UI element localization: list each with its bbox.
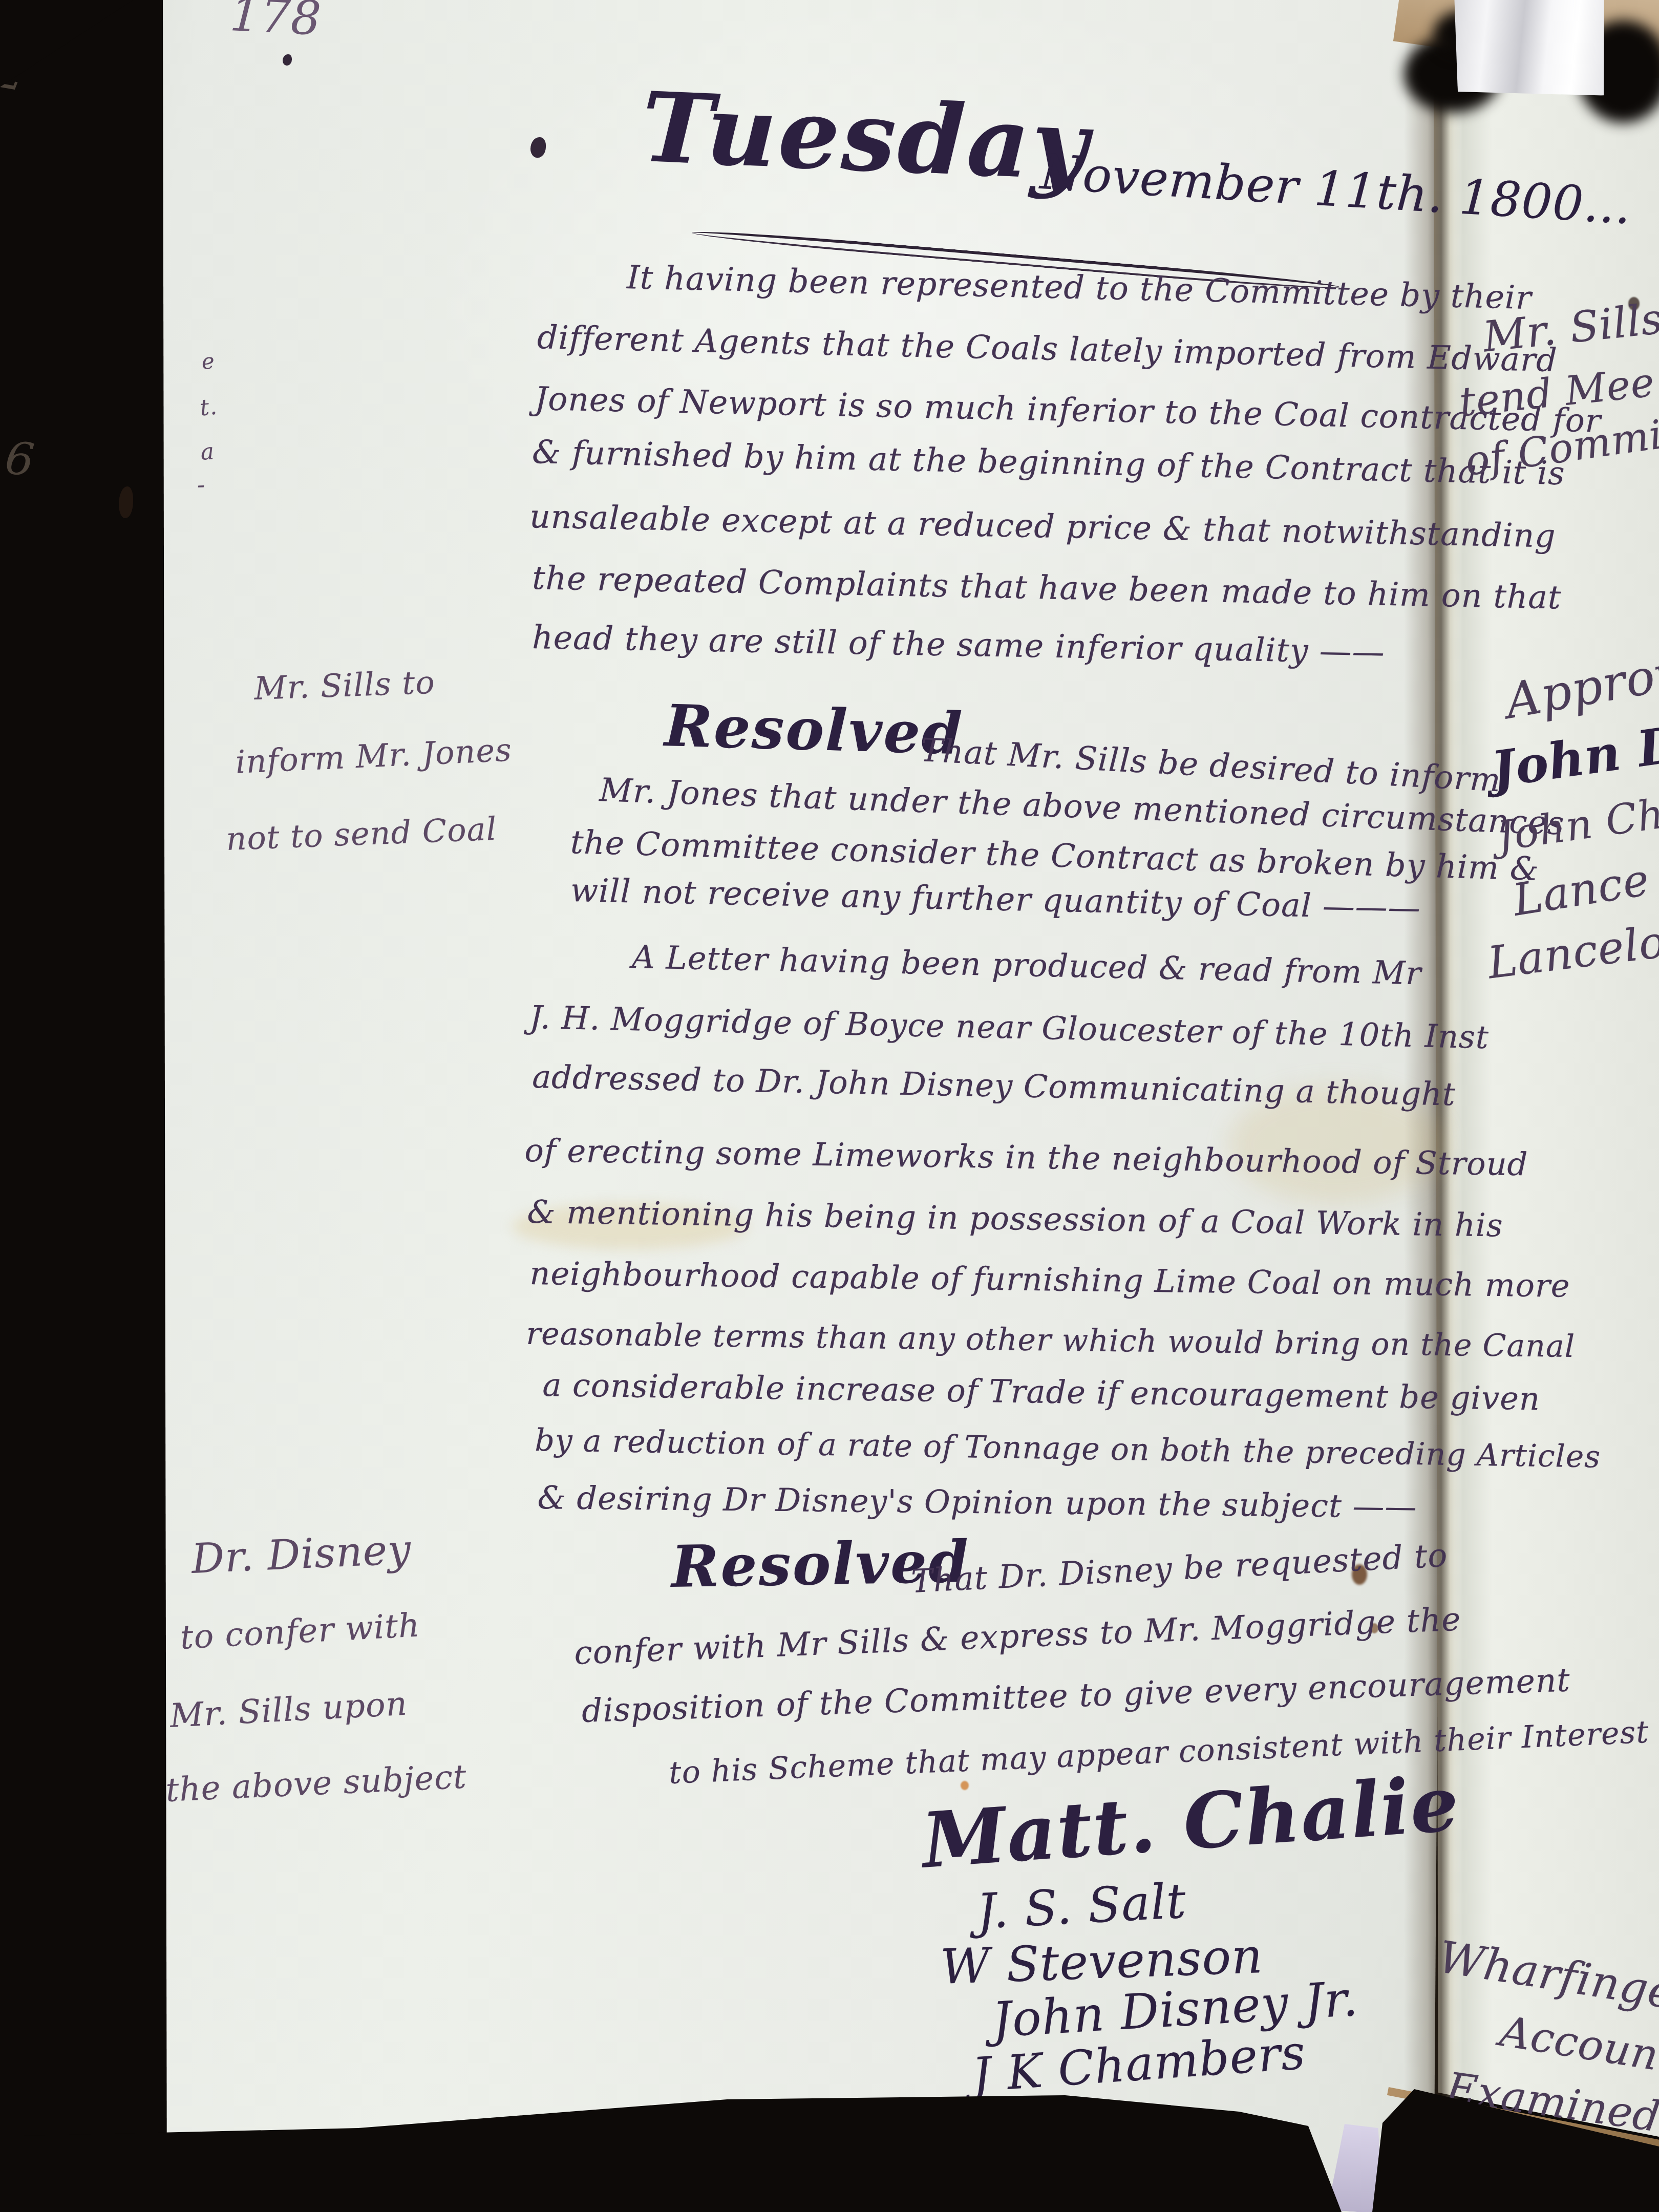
margin-note: Dr. Disney	[190, 1525, 412, 1583]
ribbon-bookmark	[1450, 0, 1617, 106]
edge-ink-bit: e	[201, 348, 216, 374]
folio-number: 178	[228, 0, 323, 46]
stacked-page-edges	[0, 0, 169, 2166]
photographed-minute-book: 178 Tuesday November 11th. 1800... It ha…	[0, 0, 1659, 2212]
edge-ink-bit: t.	[199, 393, 219, 421]
edge-ink-bit: a	[200, 438, 216, 465]
signature: J. S. Salt	[975, 1874, 1187, 1940]
heading-day: Tuesday	[640, 71, 1092, 202]
margin-note: Mr. Sills to	[253, 664, 436, 707]
stray-mark: 6	[3, 431, 37, 486]
resolved-keyword: Resolved	[664, 692, 964, 768]
edge-ink-bit: -	[197, 472, 206, 498]
